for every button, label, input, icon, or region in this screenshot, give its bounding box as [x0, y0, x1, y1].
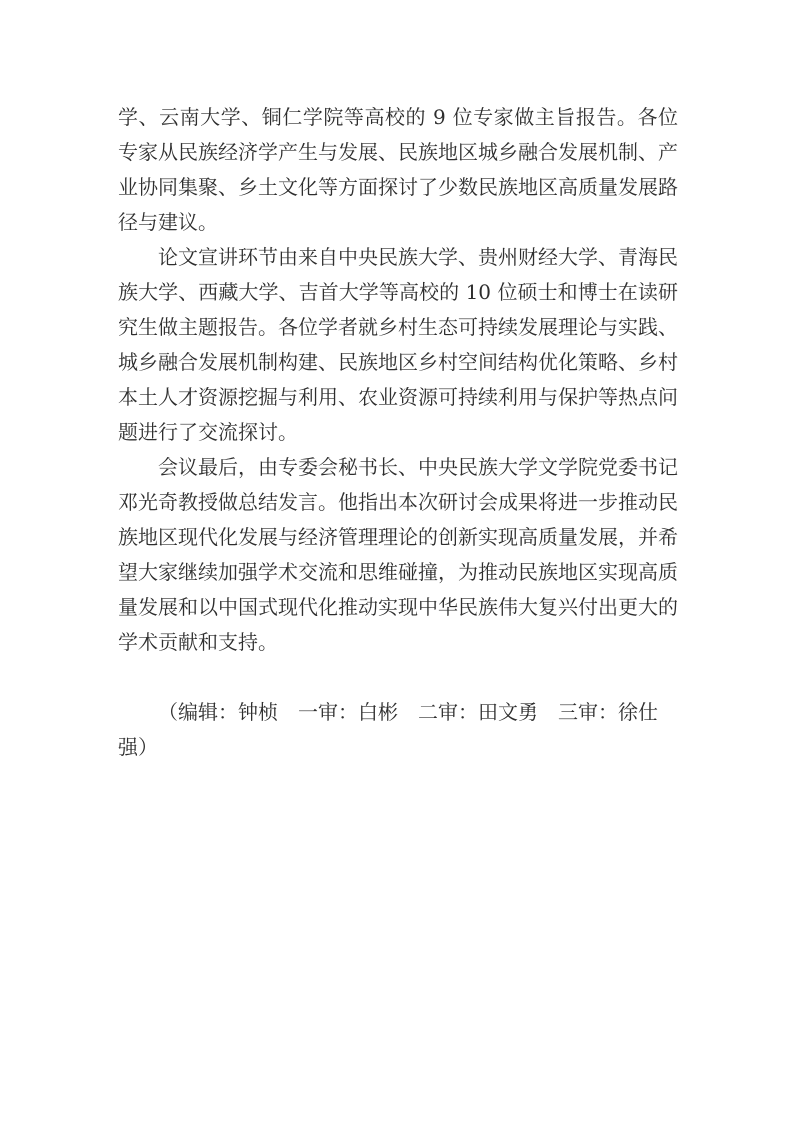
- body-paragraph-presentations: 论文宣讲环节由来自中央民族大学、贵州财经大学、青海民族大学、西藏大学、吉首大学等…: [118, 240, 678, 450]
- document-body: 学、云南大学、铜仁学院等高校的 9 位专家做主旨报告。各位专家从民族经济学产生与…: [118, 100, 678, 765]
- body-paragraph-closing-remarks: 会议最后，由专委会秘书长、中央民族大学文学院党委书记邓光奇教授做总结发言。他指出…: [118, 450, 678, 660]
- editor-credit-line: （编辑：钟桢 一审：白彬 二审：田文勇 三审：徐仕强）: [118, 695, 678, 765]
- document-page: 学、云南大学、铜仁学院等高校的 9 位专家做主旨报告。各位专家从民族经济学产生与…: [0, 0, 793, 1122]
- body-paragraph-continuation: 学、云南大学、铜仁学院等高校的 9 位专家做主旨报告。各位专家从民族经济学产生与…: [118, 100, 678, 240]
